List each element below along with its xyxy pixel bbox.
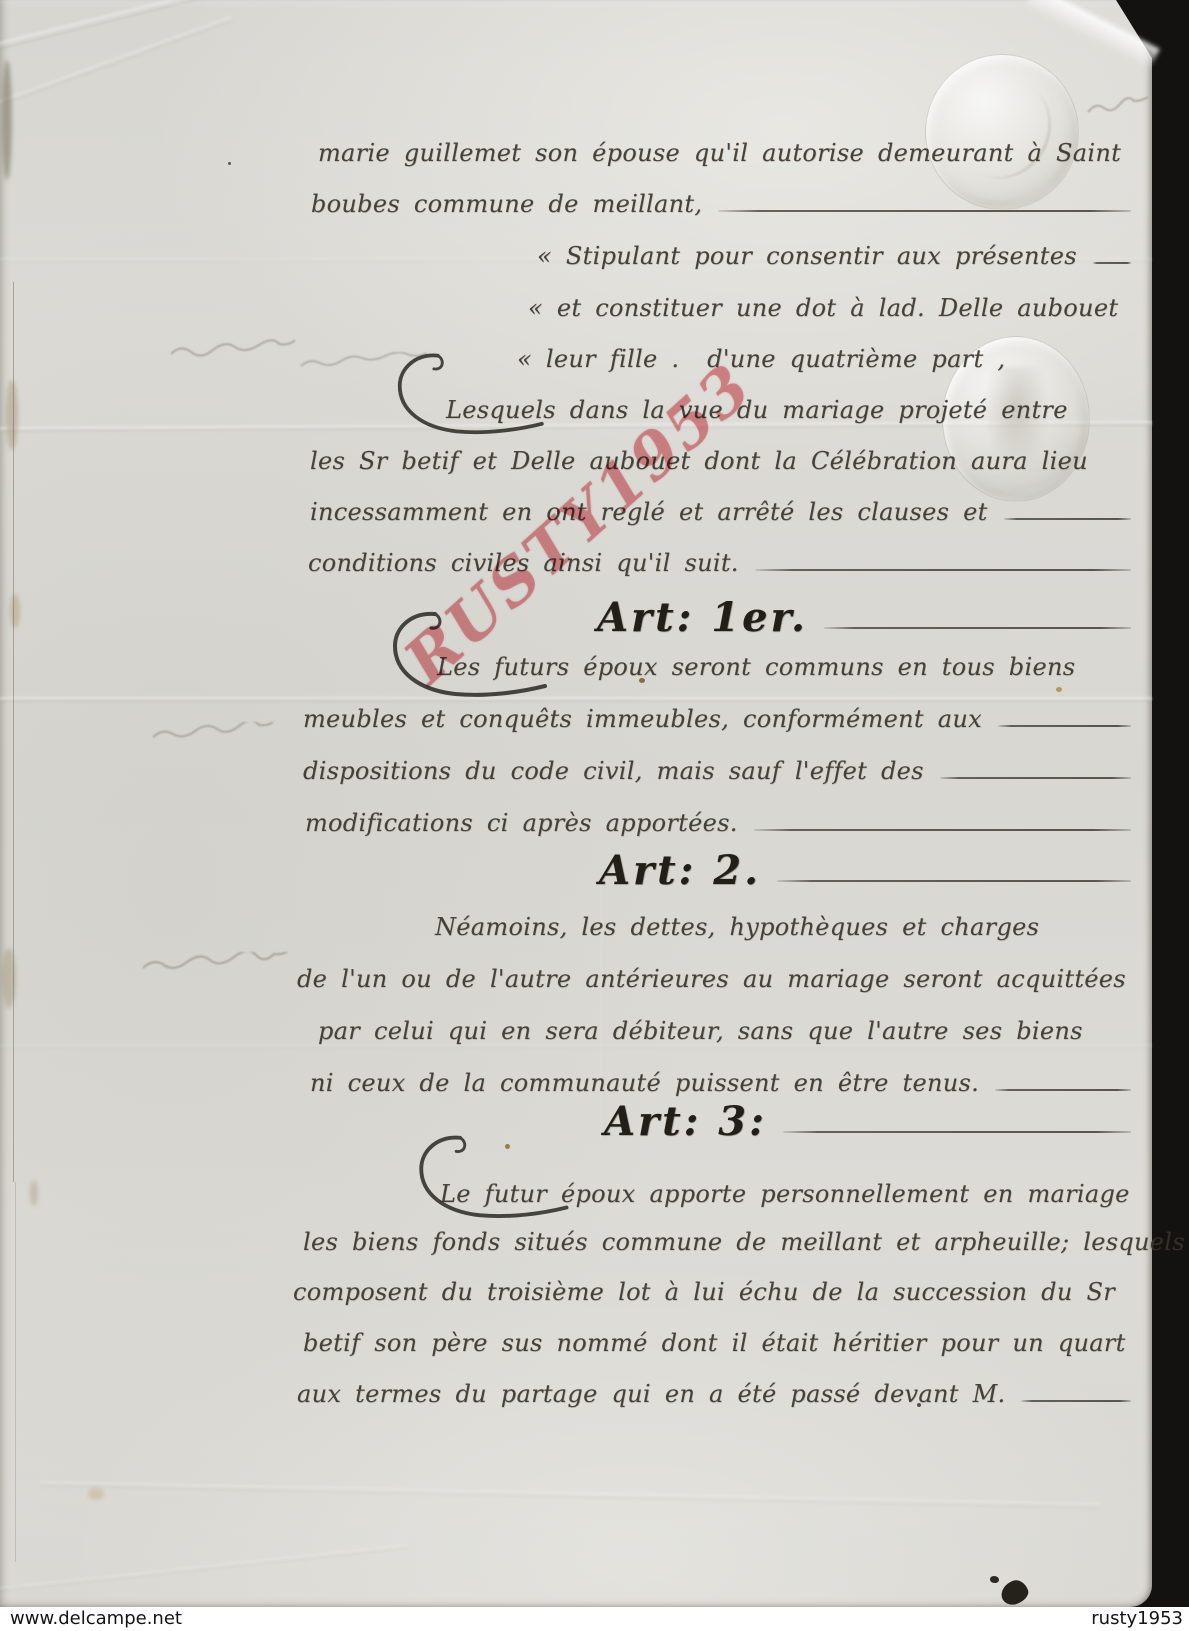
manuscript-line: les biens fonds situés commune de meilla… [303, 1223, 1135, 1259]
manuscript-line: par celui qui en sera débiteur, sans que… [318, 1012, 1135, 1048]
manuscript-line: Le futur époux apporte personnellement e… [440, 1175, 1135, 1211]
manuscript-line: « leur fille . d'une quatrième part , [517, 340, 1135, 376]
line-end-flourish-rule [1021, 1400, 1131, 1402]
line-text: betif son père sus nommé dont il était h… [303, 1326, 1126, 1360]
seller-watermark: rusty1953 [1091, 1607, 1183, 1631]
line-end-flourish-rule [940, 777, 1131, 779]
line-text: Art: 2. [599, 845, 761, 897]
line-text: ni ceux de la communauté puissent en êtr… [310, 1066, 979, 1100]
delcampe-watermark: www.delcampe.net [10, 1607, 182, 1631]
manuscript-line: marie guillemet son épouse qu'il autoris… [318, 134, 1135, 170]
line-text: Néamoins, les dettes, hypothèques et cha… [435, 910, 1039, 944]
line-end-flourish-rule [718, 210, 1131, 212]
ink-blot-satellite [990, 1576, 999, 1583]
manuscript-line: incessamment en ont reglé et arrêté les … [310, 493, 1135, 529]
line-text: meubles et conquêts immeubles, conformém… [303, 702, 982, 736]
manuscript-line: boubes commune de meillant, [311, 185, 1135, 221]
line-text: les biens fonds situés commune de meilla… [303, 1225, 1189, 1259]
article-heading: Art: 3: [604, 1096, 1135, 1148]
manuscript-line: Les futurs époux seront communs en tous … [437, 648, 1135, 684]
line-text: « Stipulant pour consentir aux présentes [537, 239, 1077, 273]
manuscript-line: « et constituer une dot à lad. Delle aub… [528, 289, 1135, 325]
article-heading: Art: 1er. [597, 592, 1135, 644]
line-text: modifications ci après apportées. [305, 806, 738, 840]
footer-watermark-bar: www.delcampe.net rusty1953 [0, 1607, 1189, 1631]
line-text: « leur fille . d'une quatrième part , [517, 342, 1005, 376]
line-text: aux termes du partage qui en a été passé… [297, 1377, 1005, 1411]
manuscript-line: ni ceux de la communauté puissent en êtr… [310, 1064, 1135, 1100]
line-text: Art: 3: [604, 1096, 767, 1148]
manuscript-line: Néamoins, les dettes, hypothèques et cha… [435, 908, 1135, 944]
line-end-flourish-rule [1004, 518, 1131, 520]
line-end-flourish-rule [1093, 262, 1131, 264]
line-end-flourish-rule [824, 627, 1131, 629]
manuscript-line: meubles et conquêts immeubles, conformém… [303, 700, 1135, 736]
article-heading: Art: 2. [599, 845, 1135, 897]
line-text: par celui qui en sera débiteur, sans que… [318, 1014, 1083, 1048]
line-text: boubes commune de meillant, [311, 187, 702, 221]
manuscript-line: composent du troisième lot à lui échu de… [293, 1273, 1135, 1309]
line-end-flourish-rule [998, 725, 1131, 727]
line-text: Le futur époux apporte personnellement e… [440, 1177, 1130, 1211]
manuscript-line: dispositions du code civil, mais sauf l'… [303, 752, 1135, 788]
manuscript-line: aux termes du partage qui en a été passé… [297, 1375, 1135, 1411]
line-end-flourish-rule [754, 829, 1131, 831]
line-end-flourish-rule [995, 1089, 1131, 1091]
line-text: Les futurs époux seront communs en tous … [437, 650, 1075, 684]
line-text: de l'un ou de l'autre antérieures au mar… [297, 962, 1126, 996]
line-end-flourish-rule [783, 1131, 1131, 1133]
line-end-flourish-rule [755, 569, 1131, 571]
manuscript-line: conditions civiles ainsi qu'il suit. [308, 544, 1135, 580]
manuscript-line: « Stipulant pour consentir aux présentes [537, 237, 1135, 273]
manuscript-line: Lesquels dans la vue du mariage projeté … [446, 391, 1135, 427]
line-end-flourish-rule [777, 880, 1131, 882]
line-text: dispositions du code civil, mais sauf l'… [303, 754, 924, 788]
document-photo: marie guillemet son épouse qu'il autoris… [0, 0, 1189, 1631]
manuscript-line: les Sr betif et Delle aubouet dont la Cé… [310, 442, 1135, 478]
paper-sheet: marie guillemet son épouse qu'il autoris… [0, 0, 1152, 1607]
manuscript-line: modifications ci après apportées. [305, 804, 1135, 840]
manuscript-line: de l'un ou de l'autre antérieures au mar… [297, 960, 1135, 996]
line-text: marie guillemet son épouse qu'il autoris… [318, 136, 1121, 170]
line-text: Art: 1er. [597, 592, 808, 644]
line-text: composent du troisième lot à lui échu de… [293, 1275, 1115, 1309]
line-text: « et constituer une dot à lad. Delle aub… [528, 291, 1118, 325]
manuscript-text-layer: marie guillemet son épouse qu'il autoris… [0, 0, 1152, 1607]
manuscript-line: betif son père sus nommé dont il était h… [303, 1324, 1135, 1360]
